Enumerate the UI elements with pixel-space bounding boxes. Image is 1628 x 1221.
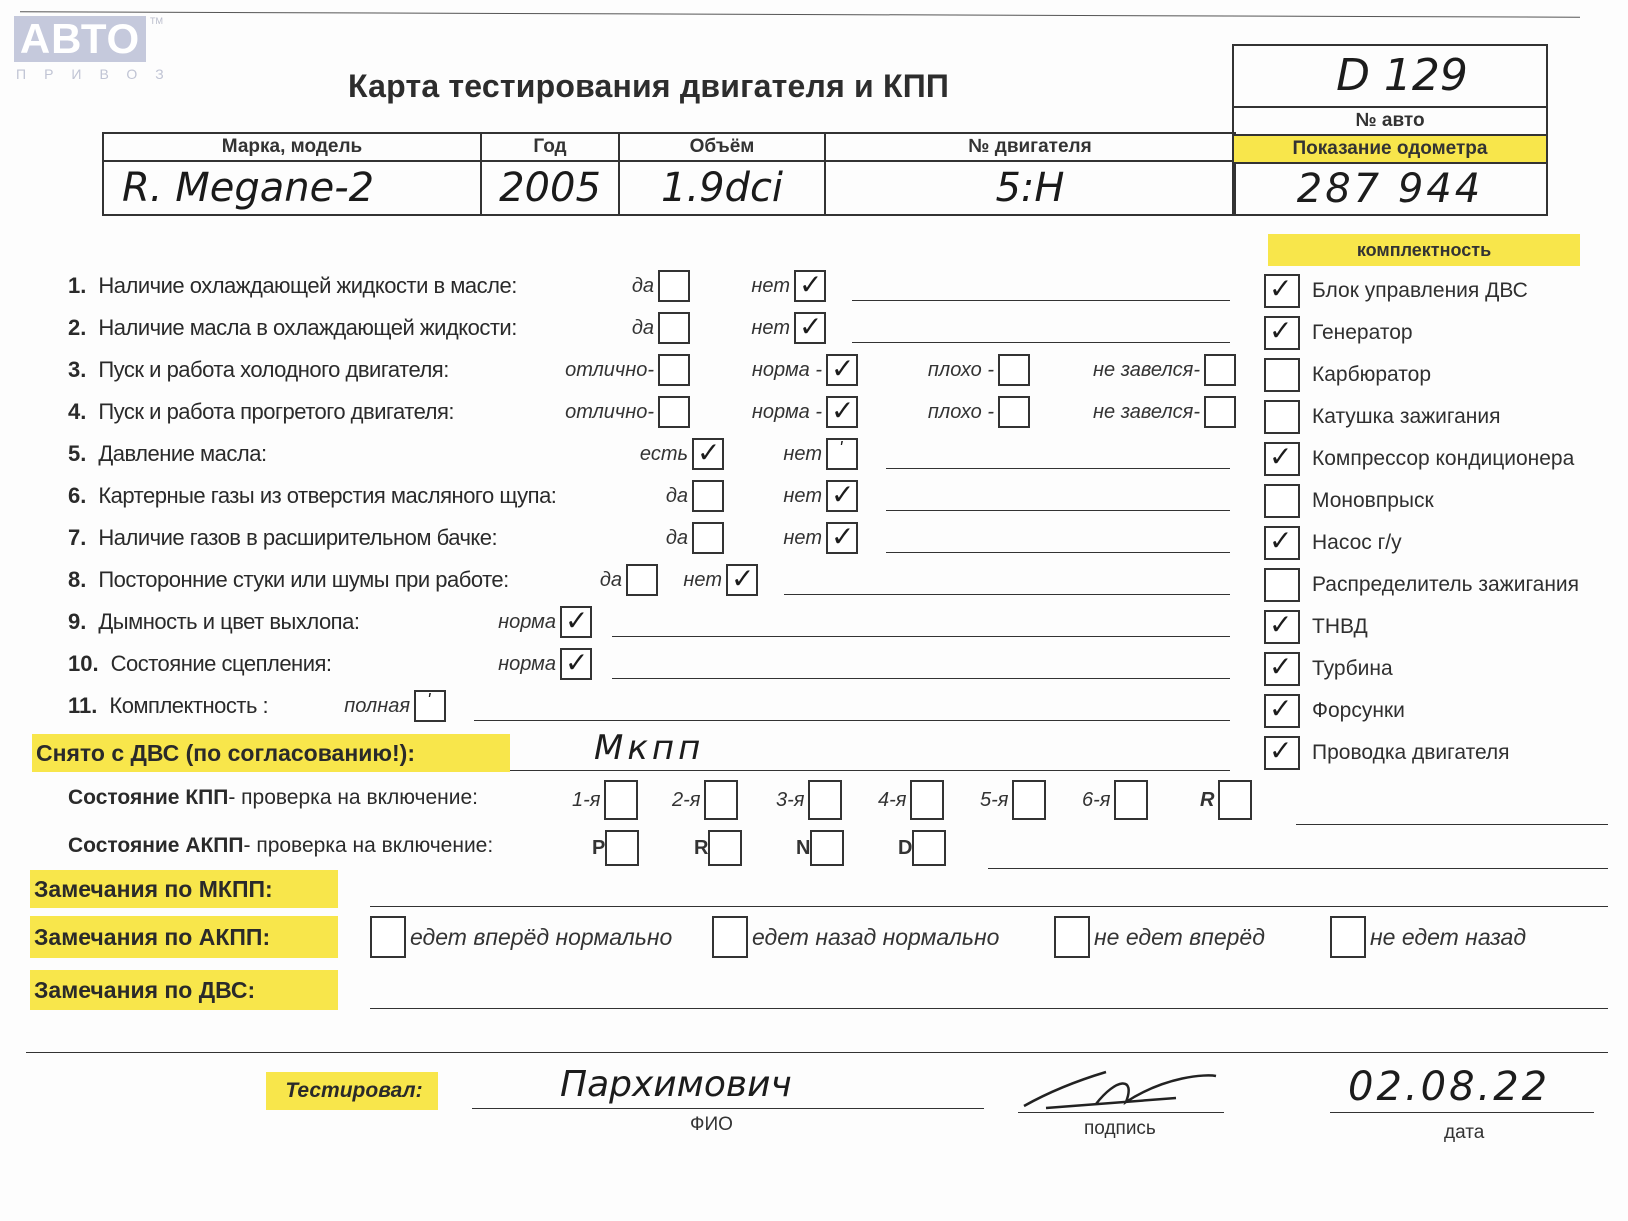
checkbox[interactable] xyxy=(826,480,858,512)
option-label: не завелся- xyxy=(1093,401,1200,424)
gear-checkbox[interactable] xyxy=(1114,780,1148,820)
item-number: 2. xyxy=(68,315,86,341)
akpp-gear: P xyxy=(592,830,639,866)
remarks-mkpp-line xyxy=(370,906,1608,907)
gear-label: N xyxy=(796,837,810,860)
option-label: да xyxy=(632,275,654,298)
kpp-label: Состояние КПП xyxy=(68,786,228,810)
gear-label: 3-я xyxy=(776,789,804,812)
option-label: да xyxy=(666,527,688,550)
checkbox[interactable] xyxy=(794,270,826,302)
komplektnost-item: Турбина xyxy=(1264,652,1393,686)
signature-icon xyxy=(1016,1068,1226,1114)
option: норма xyxy=(444,606,592,638)
option: нет xyxy=(705,270,826,302)
checklist-row: 9.Дымность и цвет выхлопа: xyxy=(68,604,359,640)
komplektnost-label: Блок управления ДВС xyxy=(1312,279,1528,303)
gear-checkbox[interactable] xyxy=(808,780,842,820)
checkbox[interactable] xyxy=(712,916,748,958)
remark-option-label: не едет назад xyxy=(1370,924,1526,951)
item-text: Комплектность : xyxy=(109,693,268,719)
akpp-remark-option: не едет назад xyxy=(1330,916,1526,958)
gear-checkbox[interactable] xyxy=(1218,780,1252,820)
gear-label: 6-я xyxy=(1082,789,1110,812)
gear-checkbox[interactable] xyxy=(912,830,946,866)
checklist-row: 3.Пуск и работа холодного двигателя: xyxy=(68,352,449,388)
gear-label: 1-я xyxy=(572,789,600,812)
checkbox[interactable] xyxy=(1264,568,1300,602)
option: не завелся- xyxy=(1042,354,1236,386)
option-label: нет xyxy=(683,569,722,592)
checkbox[interactable] xyxy=(1264,652,1300,686)
gear-checkbox[interactable] xyxy=(605,830,639,866)
auto-number-label: № авто xyxy=(1234,108,1546,136)
option-label: нет xyxy=(783,443,822,466)
notes-line xyxy=(886,552,1230,553)
checkbox[interactable] xyxy=(826,522,858,554)
signature-caption: подпись xyxy=(1084,1118,1156,1140)
komplektnost-label: Генератор xyxy=(1312,321,1413,345)
checkbox[interactable] xyxy=(692,480,724,512)
remarks-dvs-line xyxy=(370,1008,1608,1009)
checkbox[interactable] xyxy=(1264,316,1300,350)
year-field[interactable]: 2005 xyxy=(481,161,619,215)
date-field[interactable]: 02.08.22 xyxy=(1348,1064,1550,1110)
checkbox[interactable] xyxy=(1264,274,1300,308)
item-text: Наличие газов в расширительном бачке: xyxy=(98,525,497,551)
logo-subtitle: ПРИВОЗ xyxy=(16,66,182,82)
komplektnost-item: Форсунки xyxy=(1264,694,1405,728)
checklist-row: 4.Пуск и работа прогретого двигателя: xyxy=(68,394,454,430)
item-text: Наличие масла в охлаждающей жидкости: xyxy=(98,315,516,341)
checkbox[interactable] xyxy=(1264,442,1300,476)
item-number: 1. xyxy=(68,273,86,299)
checkbox[interactable] xyxy=(726,564,758,596)
option: нет xyxy=(740,522,858,554)
checkbox[interactable] xyxy=(1264,358,1300,392)
option-label: нет xyxy=(783,527,822,550)
checkbox[interactable] xyxy=(658,396,690,428)
option-label: отлично- xyxy=(565,401,654,424)
option: норма - xyxy=(706,396,858,428)
akpp-gear: R xyxy=(694,830,742,866)
checklist-row: 2.Наличие масла в охлаждающей жидкости: xyxy=(68,310,517,346)
option: нет xyxy=(705,312,826,344)
option-label: норма - xyxy=(752,359,822,382)
item-text: Картерные газы из отверстия масляного щу… xyxy=(98,483,556,509)
option-label: плохо - xyxy=(928,359,994,382)
notes-line xyxy=(474,720,1230,721)
page-title: Карта тестирования двигателя и КПП xyxy=(348,68,949,105)
komplektnost-header: комплектность xyxy=(1268,234,1580,266)
odometer-field[interactable]: 287 944 xyxy=(1234,164,1546,214)
notes-line xyxy=(886,510,1230,511)
checkbox[interactable] xyxy=(826,354,858,386)
item-number: 11. xyxy=(68,693,97,719)
checkbox[interactable] xyxy=(692,522,724,554)
checkbox[interactable] xyxy=(1054,916,1090,958)
option-label: да xyxy=(632,317,654,340)
date-line xyxy=(1330,1112,1594,1113)
option-label: норма - xyxy=(752,401,822,424)
akpp-label-rest: - проверка на включение: xyxy=(244,834,494,858)
checkbox[interactable] xyxy=(1264,736,1300,770)
item-text: Наличие охлаждающей жидкости в масле: xyxy=(98,273,516,299)
gear-checkbox[interactable] xyxy=(1012,780,1046,820)
checkbox[interactable] xyxy=(1330,916,1366,958)
gear-checkbox[interactable] xyxy=(708,830,742,866)
checklist-row: 6.Картерные газы из отверстия масляного … xyxy=(68,478,556,514)
option-label: отлично- xyxy=(565,359,654,382)
checkbox[interactable] xyxy=(658,270,690,302)
top-border-line xyxy=(20,11,1580,17)
remarks-mkpp-label: Замечания по МКПП: xyxy=(30,870,338,908)
option: не завелся- xyxy=(1042,396,1236,428)
checklist-row: 10.Состояние сцепления: xyxy=(68,646,332,682)
option-label: да xyxy=(600,569,622,592)
komplektnost-item: Проводка двигателя xyxy=(1264,736,1510,770)
gear-checkbox[interactable] xyxy=(604,780,638,820)
checkbox[interactable] xyxy=(560,606,592,638)
column-header-year: Год xyxy=(481,133,619,161)
akpp-remark-option: не едет вперёд xyxy=(1054,916,1265,958)
item-number: 7. xyxy=(68,525,86,551)
kpp-gear: R xyxy=(1200,780,1252,820)
akpp-gear: N xyxy=(796,830,844,866)
komplektnost-item: Моновпрыск xyxy=(1264,484,1434,518)
remarks-akpp-label: Замечания по АКПП: xyxy=(30,916,338,958)
checkbox[interactable] xyxy=(414,690,446,722)
option: да xyxy=(586,270,690,302)
item-number: 5. xyxy=(68,441,86,467)
removed-value[interactable]: Мкпп xyxy=(594,728,704,768)
option: да xyxy=(620,480,724,512)
option-label: нет xyxy=(783,485,822,508)
komplektnost-label: Моновпрыск xyxy=(1312,489,1434,513)
option-label: да xyxy=(666,485,688,508)
remark-option-label: едет вперёд нормально xyxy=(410,924,672,951)
remark-option-label: едет назад нормально xyxy=(752,924,999,951)
logo-trademark: TM xyxy=(150,16,163,26)
komplektnost-label: Турбина xyxy=(1312,657,1393,681)
checkbox[interactable] xyxy=(998,354,1030,386)
name-line xyxy=(472,1108,984,1109)
akpp-notes-line xyxy=(988,868,1608,869)
auto-number-field[interactable]: D 129 xyxy=(1234,46,1546,108)
gear-label: R xyxy=(694,837,708,860)
model-field[interactable]: R. Megane-2 xyxy=(103,161,481,215)
checklist-row: 8.Посторонние стуки или шумы при работе: xyxy=(68,562,509,598)
item-text: Состояние сцепления: xyxy=(111,651,332,677)
checkbox[interactable] xyxy=(1204,396,1236,428)
checkbox[interactable] xyxy=(826,396,858,428)
gear-checkbox[interactable] xyxy=(704,780,738,820)
komplektnost-item: ТНВД xyxy=(1264,610,1368,644)
name-caption: ФИО xyxy=(690,1114,733,1136)
checkbox[interactable] xyxy=(692,438,724,470)
kpp-check-row: Состояние КПП - проверка на включение: xyxy=(68,786,478,810)
option: норма xyxy=(444,648,592,680)
column-header-engine-number: № двигателя xyxy=(825,133,1235,161)
gear-checkbox[interactable] xyxy=(810,830,844,866)
checkbox[interactable] xyxy=(1264,484,1300,518)
option: плохо - xyxy=(878,354,1030,386)
gear-label: R xyxy=(1200,789,1214,812)
komplektnost-label: Форсунки xyxy=(1312,699,1405,723)
checkbox[interactable] xyxy=(826,438,858,470)
checklist-row: 7.Наличие газов в расширительном бачке: xyxy=(68,520,497,556)
kpp-notes-line xyxy=(1296,824,1608,825)
item-text: Посторонние стуки или шумы при работе: xyxy=(98,567,508,593)
remarks-dvs-label: Замечания по ДВС: xyxy=(30,970,338,1010)
signature-line xyxy=(1018,1112,1224,1113)
komplektnost-item: Катушка зажигания xyxy=(1264,400,1500,434)
gear-label: 5-я xyxy=(980,789,1008,812)
item-text: Пуск и работа холодного двигателя: xyxy=(98,357,448,383)
gear-checkbox[interactable] xyxy=(910,780,944,820)
option: нет xyxy=(740,480,858,512)
removed-underline xyxy=(510,770,1230,771)
option: норма - xyxy=(706,354,858,386)
section-divider xyxy=(26,1052,1608,1053)
checkbox[interactable] xyxy=(370,916,406,958)
checkbox[interactable] xyxy=(1264,400,1300,434)
item-number: 9. xyxy=(68,609,86,635)
tested-by-label: Тестировал: xyxy=(266,1072,438,1110)
komplektnost-item: Распределитель зажигания xyxy=(1264,568,1579,602)
notes-line xyxy=(886,468,1230,469)
kpp-gear: 6-я xyxy=(1082,780,1148,820)
checkbox[interactable] xyxy=(560,648,592,680)
checkbox[interactable] xyxy=(1204,354,1236,386)
item-number: 3. xyxy=(68,357,86,383)
gear-label: 4-я xyxy=(878,789,906,812)
column-header-volume: Объём xyxy=(619,133,825,161)
komplektnost-label: Катушка зажигания xyxy=(1312,405,1500,429)
checkbox[interactable] xyxy=(998,396,1030,428)
option: нет xyxy=(740,438,858,470)
option-label: плохо - xyxy=(928,401,994,424)
date-caption: дата xyxy=(1444,1122,1484,1144)
akpp-label: Состояние АКПП xyxy=(68,834,244,858)
komplektnost-label: Проводка двигателя xyxy=(1312,741,1510,765)
option: полная xyxy=(298,690,446,722)
notes-line xyxy=(784,594,1230,595)
komplektnost-item: Компрессор кондиционера xyxy=(1264,442,1574,476)
kpp-gear: 2-я xyxy=(672,780,738,820)
remark-option-label: не едет вперёд xyxy=(1094,924,1265,951)
kpp-label-rest: - проверка на включение: xyxy=(228,786,478,810)
volume-field[interactable]: 1.9dci xyxy=(619,161,825,215)
notes-line xyxy=(612,636,1230,637)
komplektnost-item: Карбюратор xyxy=(1264,358,1431,392)
vehicle-info-table: Марка, модель Год Объём № двигателя R. M… xyxy=(102,132,1236,216)
option: отлично- xyxy=(514,354,690,386)
option-label: не завелся- xyxy=(1093,359,1200,382)
akpp-gear: D xyxy=(898,830,946,866)
item-number: 6. xyxy=(68,483,86,509)
komplektnost-label: ТНВД xyxy=(1312,615,1368,639)
komplektnost-item: Блок управления ДВС xyxy=(1264,274,1528,308)
tester-name[interactable]: Пархимович xyxy=(560,1064,792,1105)
option: отлично- xyxy=(514,396,690,428)
option-label: есть xyxy=(640,443,688,466)
gear-label: 2-я xyxy=(672,789,700,812)
checkbox[interactable] xyxy=(794,312,826,344)
option: нет xyxy=(636,564,758,596)
kpp-gear: 5-я xyxy=(980,780,1046,820)
vehicle-id-box: D 129 № авто Показание одометра 287 944 xyxy=(1232,44,1548,216)
checklist-row: 11.Комплектность : xyxy=(68,688,268,724)
option: плохо - xyxy=(878,396,1030,428)
gear-label: D xyxy=(898,837,912,860)
checklist-row: 1.Наличие охлаждающей жидкости в масле: xyxy=(68,268,517,304)
notes-line xyxy=(852,300,1230,301)
komplektnost-label: Карбюратор xyxy=(1312,363,1431,387)
kpp-gear: 4-я xyxy=(878,780,944,820)
komplektnost-item: Насос г/у xyxy=(1264,526,1402,560)
checkbox[interactable] xyxy=(658,312,690,344)
option-label: нет xyxy=(751,317,790,340)
gear-label: P xyxy=(592,837,605,860)
notes-line xyxy=(852,342,1230,343)
removed-label: Снято с ДВС (по согласованию!): xyxy=(32,734,510,772)
kpp-gear: 1-я xyxy=(572,780,638,820)
checkbox[interactable] xyxy=(1264,694,1300,728)
komplektnost-item: Генератор xyxy=(1264,316,1413,350)
option-label: нет xyxy=(751,275,790,298)
akpp-remark-option: едет вперёд нормально xyxy=(370,916,672,958)
option-label: норма xyxy=(498,653,556,676)
akpp-remark-option: едет назад нормально xyxy=(712,916,999,958)
checklist-row: 5.Давление масла: xyxy=(68,436,267,472)
option: есть xyxy=(592,438,724,470)
item-number: 8. xyxy=(68,567,86,593)
option: да xyxy=(586,312,690,344)
akpp-check-row: Состояние АКПП - проверка на включение: xyxy=(68,834,493,858)
komplektnost-label: Насос г/у xyxy=(1312,531,1402,555)
item-number: 4. xyxy=(68,399,86,425)
checkbox[interactable] xyxy=(1264,526,1300,560)
checkbox[interactable] xyxy=(1264,610,1300,644)
option-label: норма xyxy=(498,611,556,634)
option: да xyxy=(620,522,724,554)
column-header-model: Марка, модель xyxy=(103,133,481,161)
logo: АВТО xyxy=(14,16,146,62)
item-text: Давление масла: xyxy=(98,441,266,467)
item-number: 10. xyxy=(68,651,99,677)
item-text: Дымность и цвет выхлопа: xyxy=(98,609,359,635)
notes-line xyxy=(612,678,1230,679)
engine-number-field[interactable]: 5:H xyxy=(825,161,1235,215)
item-text: Пуск и работа прогретого двигателя: xyxy=(98,399,454,425)
komplektnost-label: Распределитель зажигания xyxy=(1312,573,1579,597)
checkbox[interactable] xyxy=(658,354,690,386)
option-label: полная xyxy=(344,695,410,718)
odometer-label: Показание одометра xyxy=(1234,136,1546,164)
kpp-gear: 3-я xyxy=(776,780,842,820)
komplektnost-label: Компрессор кондиционера xyxy=(1312,447,1574,471)
